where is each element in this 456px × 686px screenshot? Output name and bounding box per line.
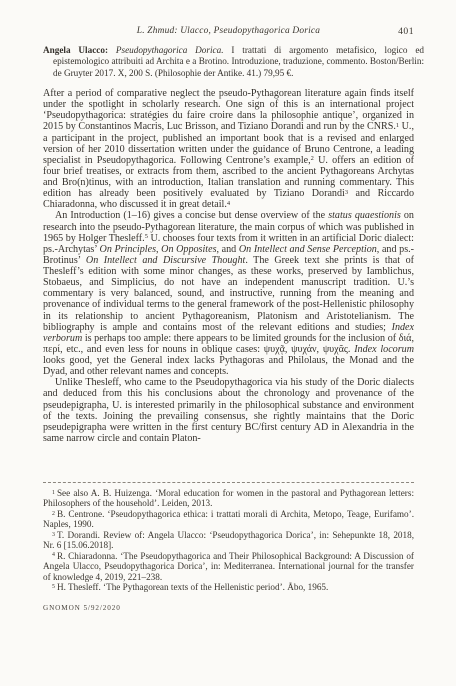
footnote-text: See also A. B. Huizenga. ‘Moral educatio…: [43, 488, 414, 508]
footnote-number: 3: [52, 532, 55, 538]
footnote-number: 5: [52, 584, 55, 590]
review-body: After a period of comparative neglect th…: [43, 88, 414, 480]
footnote-text: R. Chiaradonna. ‘The Pseudopythagorica a…: [43, 551, 414, 582]
footnote-text: T. Dorandi. Review of: Angela Ulacco: ‘P…: [43, 530, 414, 550]
footnote-number: 2: [52, 511, 55, 517]
footnote-text: B. Centrone. ‘Pseudopythagorica ethica: …: [43, 509, 414, 529]
citation-entry: Angela Ulacco: Pseudopythagorica Dorica.…: [43, 45, 424, 79]
footnote-3: 3T. Dorandi. Review of: Angela Ulacco: ‘…: [43, 530, 414, 551]
body-paragraph-1: After a period of comparative neglect th…: [43, 88, 414, 210]
running-title: L. Zhmud: Ulacco, Pseudopythagorica Dori…: [137, 26, 320, 36]
journal-footer: GNOMON 5/92/2020: [43, 604, 414, 612]
footnotes-block: 1See also A. B. Huizenga. ‘Moral educati…: [43, 488, 414, 593]
scanned-journal-page: L. Zhmud: Ulacco, Pseudopythagorica Dori…: [0, 0, 456, 686]
footnote-4: 4R. Chiaradonna. ‘The Pseudopythagorica …: [43, 551, 414, 582]
footnote-2: 2B. Centrone. ‘Pseudopythagorica ethica:…: [43, 509, 414, 530]
body-paragraph-3: Unlike Thesleff, who came to the Pseudop…: [43, 377, 414, 444]
body-paragraph-2: An Introduction (1–16) gives a concise b…: [43, 210, 414, 377]
footnote-rule: [43, 482, 414, 483]
footnote-5: 5H. Thesleff. ‘The Pythagorean texts of …: [43, 582, 414, 592]
footnote-number: 1: [52, 490, 55, 496]
footnote-number: 4: [52, 552, 55, 558]
footnote-text: H. Thesleff. ‘The Pythagorean texts of t…: [57, 582, 328, 592]
footnote-1: 1See also A. B. Huizenga. ‘Moral educati…: [43, 488, 414, 509]
page-number: 401: [398, 26, 414, 37]
running-head: L. Zhmud: Ulacco, Pseudopythagorica Dori…: [43, 26, 414, 36]
